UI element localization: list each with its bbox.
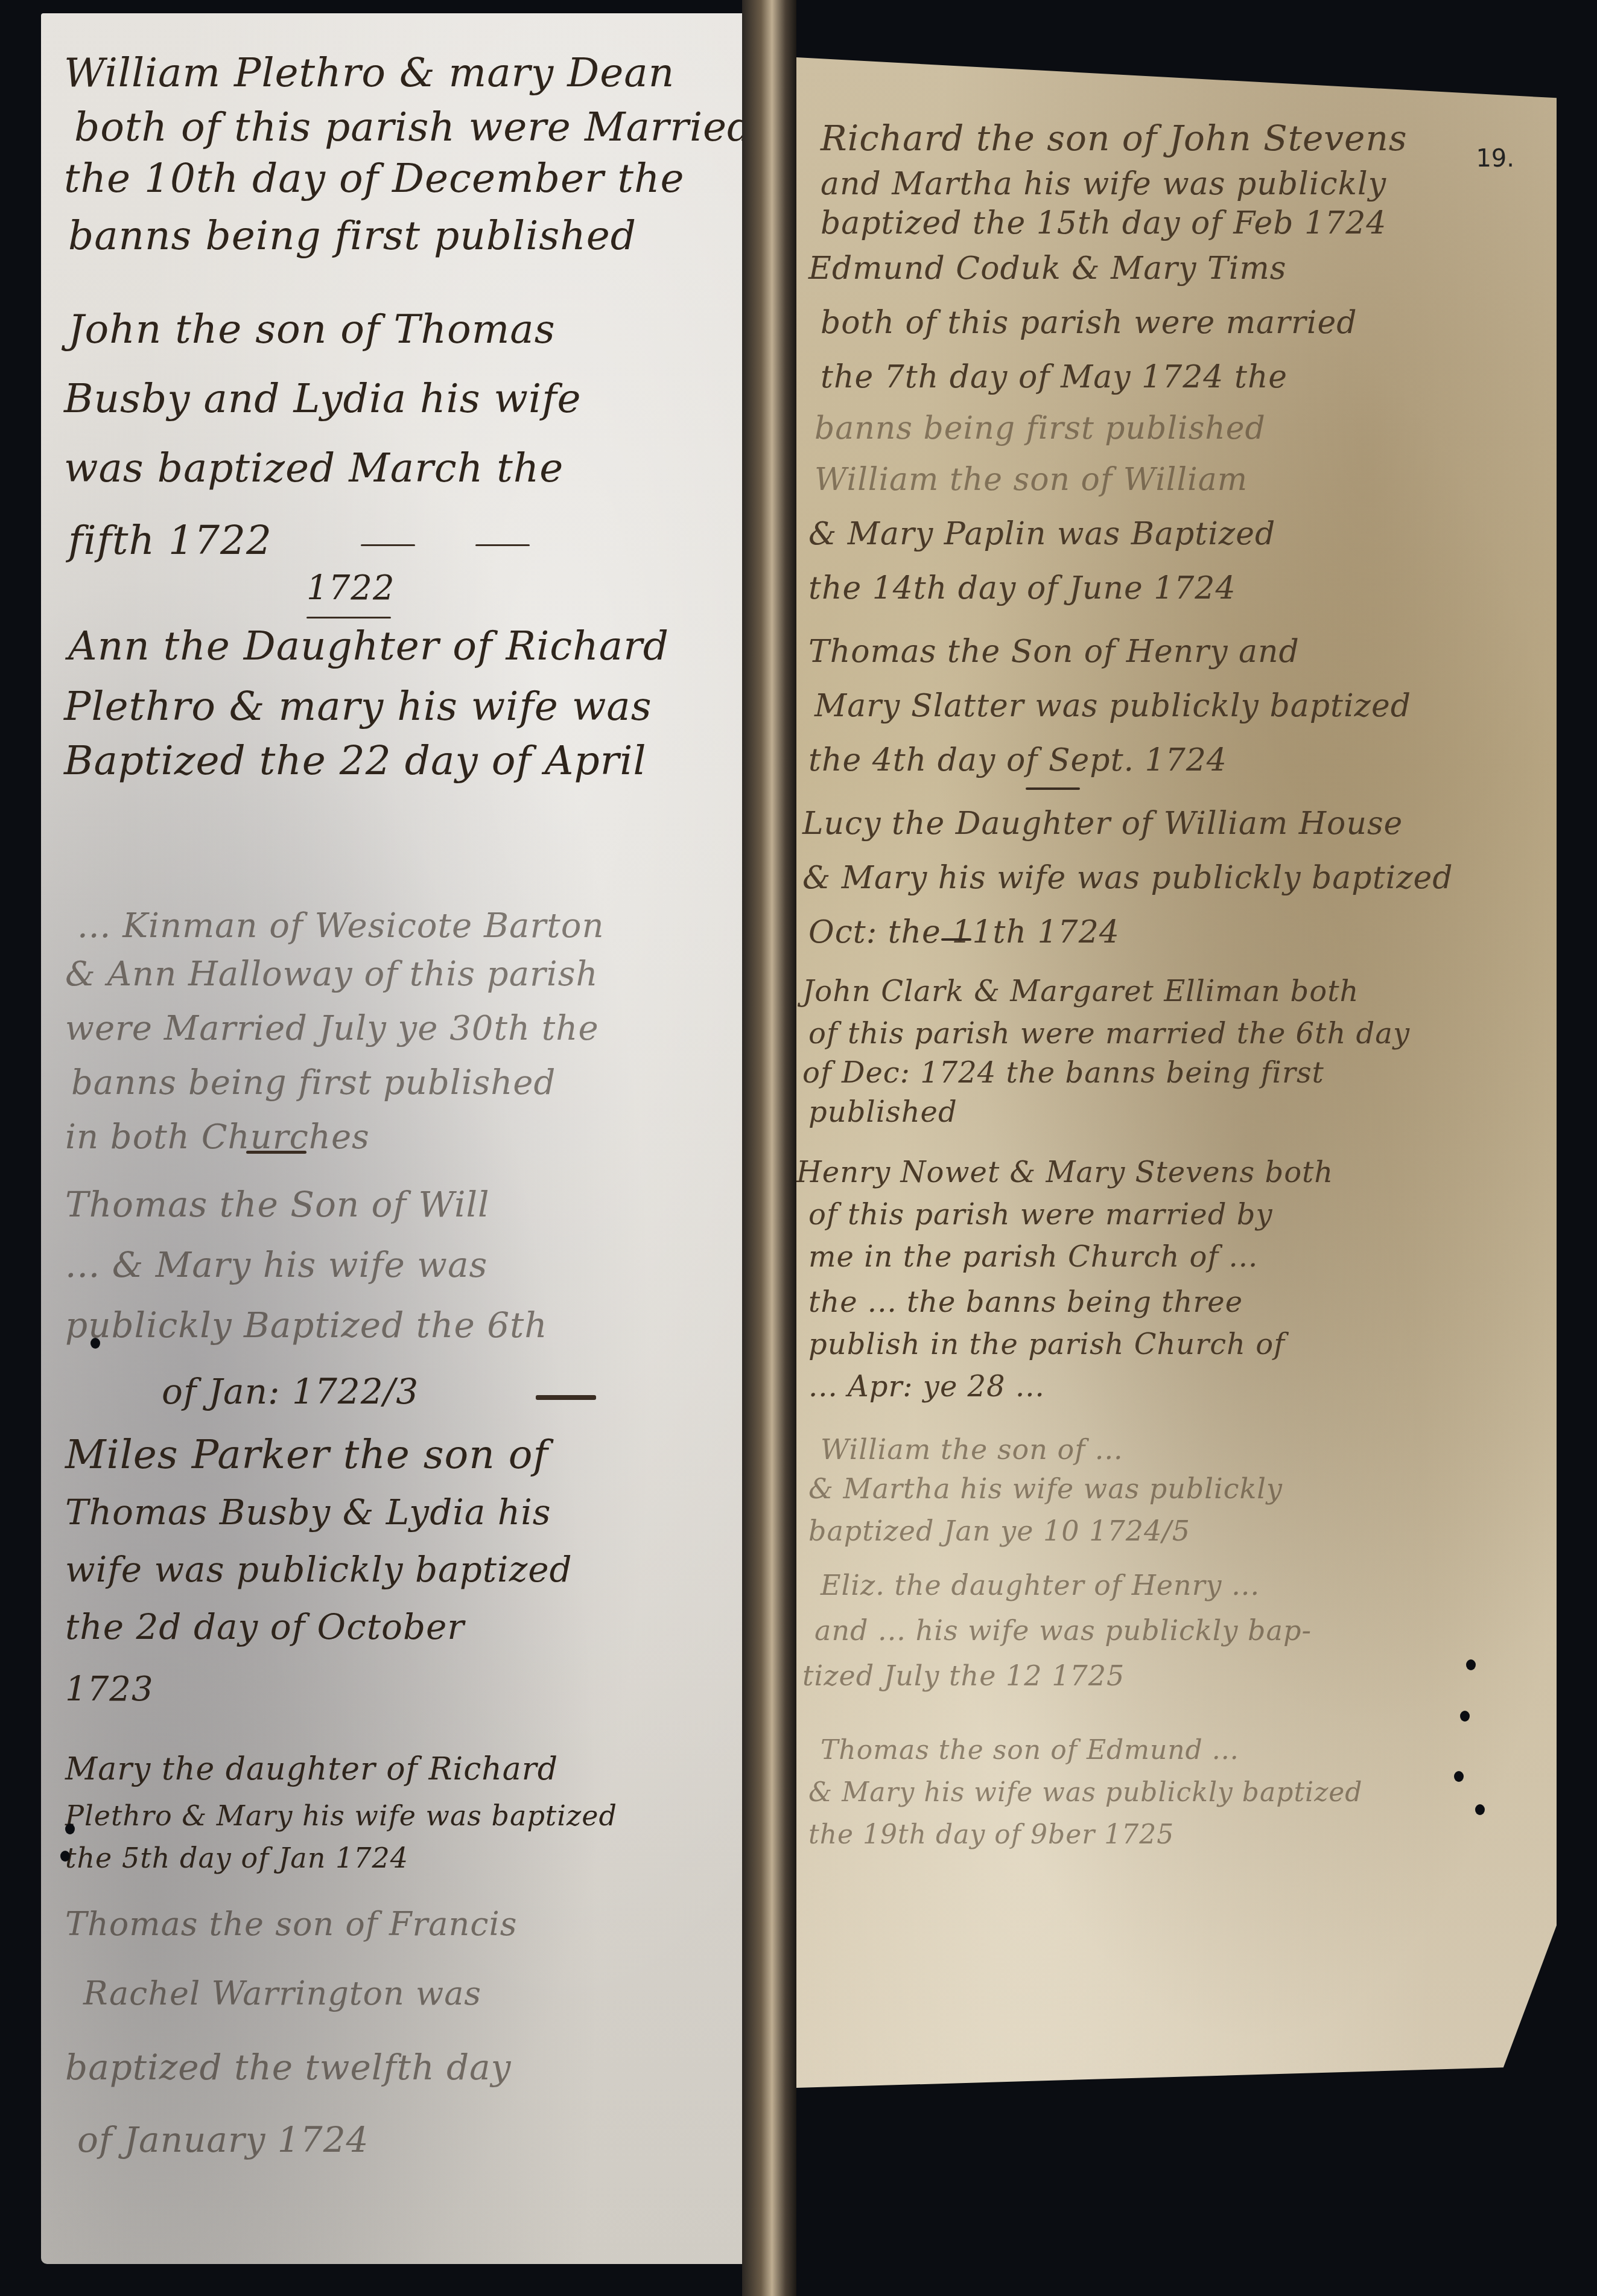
entry-line: tized July the 12 1725 xyxy=(802,1659,1125,1692)
entry-line: Ann the Daughter of Richard xyxy=(68,623,669,669)
entry-line: John Clark & Margaret Elliman both xyxy=(802,975,1359,1008)
entry-line: & Mary his wife was publickly baptized xyxy=(802,860,1453,896)
entry-line: both of this parish were married xyxy=(821,305,1357,341)
divider-rule xyxy=(475,544,530,546)
entry-line: Baptized the 22 day of April xyxy=(64,737,647,784)
entry-line: the 19th day of 9ber 1725 xyxy=(808,1819,1174,1850)
entry-line: of Jan: 1722/3 xyxy=(162,1371,419,1412)
entry-line: baptized the twelfth day xyxy=(65,2047,511,2088)
worm-hole xyxy=(90,1338,100,1349)
entry-line: Thomas the Son of Will xyxy=(65,1184,490,1225)
entry-line: ... Kinman of Wesicote Barton xyxy=(77,906,605,946)
entry-line: and Martha his wife was publickly xyxy=(821,166,1386,202)
entry-line: Plethro & Mary his wife was baptized xyxy=(65,1799,617,1832)
divider-rule xyxy=(536,1395,596,1400)
entry-line: me in the parish Church of ... xyxy=(808,1240,1258,1274)
entry-line: Thomas Busby & Lydia his xyxy=(65,1492,551,1533)
entry-line: was baptized March the xyxy=(64,445,564,491)
entry-line: Mary Slatter was publickly baptized xyxy=(814,688,1411,724)
entry-line: the 2d day of October xyxy=(65,1606,465,1647)
year-heading: 1722 xyxy=(306,568,395,608)
entry-line: Oct: the 11th 1724 xyxy=(808,914,1120,950)
entry-line: Henry Nowet & Mary Stevens both xyxy=(796,1156,1333,1189)
entry-line: ... & Mary his wife was xyxy=(65,1244,487,1285)
entry-line: Richard the son of John Stevens xyxy=(821,118,1408,159)
right-page: 19. Richard the son of John Stevens and … xyxy=(796,57,1557,2088)
entry-line: were Married July ye 30th the xyxy=(65,1009,599,1048)
entry-line: the ... the banns being three xyxy=(808,1285,1243,1319)
divider-rule xyxy=(306,617,391,619)
entry-line: Eliz. the daughter of Henry ... xyxy=(821,1569,1260,1601)
divider-rule xyxy=(941,938,971,941)
entry-line: William Plethro & mary Dean xyxy=(64,49,675,96)
entry-line: William the son of ... xyxy=(821,1433,1123,1466)
entry-line: John the son of Thomas xyxy=(68,306,556,352)
left-page: William Plethro & mary Dean both of this… xyxy=(41,13,784,2264)
worm-hole xyxy=(1475,1804,1485,1815)
entry-line: the 4th day of Sept. 1724 xyxy=(808,742,1227,778)
entry-line: published xyxy=(808,1095,957,1129)
entry-line: baptized the 15th day of Feb 1724 xyxy=(821,205,1386,241)
entry-line: & Ann Halloway of this parish xyxy=(65,955,598,994)
entry-line: Edmund Coduk & Mary Tims xyxy=(808,250,1286,287)
entry-line: Thomas the son of Francis xyxy=(65,1905,518,1943)
entry-line: William the son of William xyxy=(814,462,1248,498)
worm-hole xyxy=(1460,1711,1470,1722)
entry-line: publickly Baptized the 6th xyxy=(65,1305,548,1346)
entry-line: Rachel Warrington was xyxy=(83,1974,481,2012)
entry-line: banns being first published xyxy=(814,410,1266,447)
entry-line: baptized Jan ye 10 1724/5 xyxy=(808,1515,1190,1547)
entry-line: wife was publickly baptized xyxy=(65,1549,573,1590)
entry-line: the 14th day of June 1724 xyxy=(808,570,1236,606)
entry-line: of this parish were married the 6th day xyxy=(808,1017,1410,1051)
entry-line: in both Churches xyxy=(65,1118,370,1157)
entry-line: banns being first published xyxy=(71,1063,556,1102)
entry-line: Lucy the Daughter of William House xyxy=(802,806,1403,842)
entry-line: & Martha his wife was publickly xyxy=(808,1472,1283,1505)
entry-line: the 7th day of May 1724 the xyxy=(821,359,1287,395)
divider-rule xyxy=(246,1151,306,1154)
year-heading: 1723 xyxy=(65,1670,154,1709)
entry-line: Miles Parker the son of xyxy=(65,1431,548,1478)
entry-line: both of this parish were Married xyxy=(74,104,753,150)
entry-line: of Dec: 1724 the banns being first xyxy=(802,1056,1324,1090)
entry-line: the 10th day of December the xyxy=(64,155,685,202)
entry-line: ... Apr: ye 28 ... xyxy=(808,1370,1045,1404)
worm-hole xyxy=(65,1824,75,1834)
entry-line: publish in the parish Church of xyxy=(808,1328,1285,1361)
entry-line: Busby and Lydia his wife xyxy=(64,375,582,422)
entry-line: the 5th day of Jan 1724 xyxy=(65,1842,408,1874)
folio-number: 19. xyxy=(1476,145,1514,173)
worm-hole xyxy=(60,1851,70,1862)
book-spine xyxy=(742,0,796,2296)
entry-line: Thomas the Son of Henry and xyxy=(808,634,1300,670)
entry-line: fifth 1722 xyxy=(68,517,272,564)
entry-line: Mary the daughter of Richard xyxy=(65,1751,558,1787)
entry-line: & Mary his wife was publickly baptized xyxy=(808,1777,1363,1808)
entry-line: & Mary Paplin was Baptized xyxy=(808,516,1275,552)
entry-line: Thomas the son of Edmund ... xyxy=(821,1735,1239,1766)
divider-rule xyxy=(1026,787,1080,790)
divider-rule xyxy=(361,544,415,546)
entry-line: of January 1724 xyxy=(77,2119,369,2160)
entry-line: banns being first published xyxy=(68,212,637,259)
entry-line: Plethro & mary his wife was xyxy=(64,683,652,730)
entry-line: of this parish were married by xyxy=(808,1198,1273,1232)
worm-hole xyxy=(1466,1659,1476,1670)
entry-line: and ... his wife was publickly bap- xyxy=(814,1614,1312,1647)
worm-hole xyxy=(1454,1771,1464,1782)
